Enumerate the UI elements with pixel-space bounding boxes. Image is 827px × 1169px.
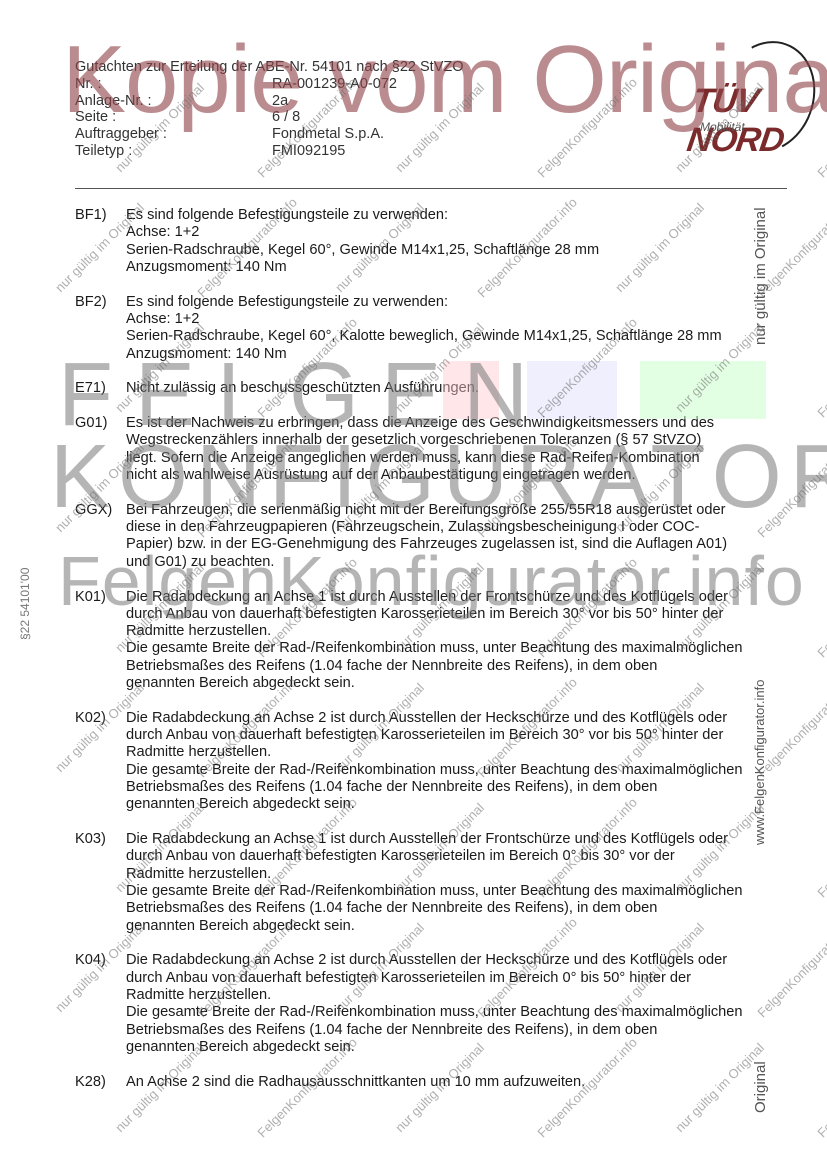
condition-line: diese in den Fahrzeugpapieren (Fahrzeugs…	[126, 519, 790, 536]
condition-text: Es sind folgende Befestigungsteile zu ve…	[126, 207, 790, 276]
diagonal-watermark: FelgenKonfigurator.info	[814, 795, 827, 901]
document-header: Gutachten zur Erteilung der ABE-Nr. 5410…	[75, 59, 464, 160]
header-title: Gutachten zur Erteilung der ABE-Nr. 5410…	[75, 59, 464, 76]
condition-line: nicht als wahlweise Ausrüstung auf der A…	[126, 467, 790, 484]
condition-code: K03)	[75, 831, 126, 935]
condition-code: BF2)	[75, 294, 126, 363]
condition-entry: K03)Die Radabdeckung an Achse 1 ist durc…	[75, 831, 790, 935]
condition-line: Betriebsmaßes des Reifens (1.04 fache de…	[126, 1022, 790, 1039]
condition-line: durch Anbau von dauerhaft befestigten Ka…	[126, 606, 790, 623]
condition-text: Bei Fahrzeugen, die serienmäßig nicht mi…	[126, 502, 790, 571]
condition-entry: K04)Die Radabdeckung an Achse 2 ist durc…	[75, 952, 790, 1056]
condition-line: Die gesamte Breite der Rad-/Reifenkombin…	[126, 762, 790, 779]
condition-line: Radmitte herzustellen.	[126, 987, 790, 1004]
condition-line: Bei Fahrzeugen, die serienmäßig nicht mi…	[126, 502, 790, 519]
condition-line: genannten Bereich abgedeckt sein.	[126, 675, 790, 692]
condition-line: Es ist der Nachweis zu erbringen, dass d…	[126, 415, 790, 432]
condition-line: Betriebsmaßes des Reifens (1.04 fache de…	[126, 900, 790, 917]
condition-text: Die Radabdeckung an Achse 2 ist durch Au…	[126, 952, 790, 1056]
diagonal-watermark: FelgenKonfigurator.info	[814, 1035, 827, 1141]
condition-text: An Achse 2 sind die Radhausausschnittkan…	[126, 1074, 790, 1091]
document-page: Gutachten zur Erteilung der ABE-Nr. 5410…	[0, 0, 827, 1169]
header-field: Seite :6 / 8	[75, 109, 464, 126]
header-divider	[75, 188, 787, 189]
condition-line: Anzugsmoment: 140 Nm	[126, 259, 790, 276]
condition-line: Es sind folgende Befestigungsteile zu ve…	[126, 207, 790, 224]
header-field: Auftraggeber :Fondmetal S.p.A.	[75, 126, 464, 143]
condition-line: Papier) bzw. in der EG-Genehmigung des F…	[126, 536, 790, 553]
condition-line: Die Radabdeckung an Achse 2 ist durch Au…	[126, 710, 790, 727]
condition-text: Es sind folgende Befestigungsteile zu ve…	[126, 294, 790, 363]
condition-line: Serien-Radschraube, Kegel 60°, Gewinde M…	[126, 242, 790, 259]
diagonal-watermark: FelgenKonfigurator.info	[534, 75, 640, 181]
condition-line: Die Radabdeckung an Achse 2 ist durch Au…	[126, 952, 790, 969]
header-field-label: Anlage-Nr. :	[75, 93, 272, 110]
condition-entry: BF2)Es sind folgende Befestigungsteile z…	[75, 294, 790, 363]
condition-code: K04)	[75, 952, 126, 1056]
condition-text: Nicht zulässig an beschussgeschützten Au…	[126, 380, 790, 397]
condition-code: GGX)	[75, 502, 126, 571]
header-field: Teiletyp :FMI092195	[75, 143, 464, 160]
condition-line: Betriebsmaßes des Reifens (1.04 fache de…	[126, 779, 790, 796]
condition-entry: K28)An Achse 2 sind die Radhausausschnit…	[75, 1074, 790, 1091]
condition-line: An Achse 2 sind die Radhausausschnittkan…	[126, 1074, 790, 1091]
condition-line: Die gesamte Breite der Rad-/Reifenkombin…	[126, 883, 790, 900]
condition-line: genannten Bereich abgedeckt sein.	[126, 1039, 790, 1056]
condition-line: und G01) zu beachten.	[126, 554, 790, 571]
condition-line: liegt. Sofern die Anzeige angeglichen we…	[126, 450, 790, 467]
diagonal-watermark: FelgenKonfigurator.info	[814, 555, 827, 661]
header-field-value: Fondmetal S.p.A.	[272, 126, 384, 143]
condition-line: Betriebsmaßes des Reifens (1.04 fache de…	[126, 658, 790, 675]
header-field-label: Auftraggeber :	[75, 126, 272, 143]
condition-line: Die gesamte Breite der Rad-/Reifenkombin…	[126, 1004, 790, 1021]
condition-entry: GGX)Bei Fahrzeugen, die serienmäßig nich…	[75, 502, 790, 571]
condition-line: genannten Bereich abgedeckt sein.	[126, 918, 790, 935]
condition-line: durch Anbau von dauerhaft befestigten Ka…	[126, 970, 790, 987]
condition-line: Wegstreckenzählers innerhalb der gesetzl…	[126, 432, 790, 449]
condition-line: Radmitte herzustellen.	[126, 744, 790, 761]
condition-entry: G01)Es ist der Nachweis zu erbringen, da…	[75, 415, 790, 484]
header-field-value: 6 / 8	[272, 109, 300, 126]
condition-line: genannten Bereich abgedeckt sein.	[126, 796, 790, 813]
condition-code: K01)	[75, 589, 126, 693]
header-field-label: Nr. :	[75, 76, 272, 93]
condition-entry: K02)Die Radabdeckung an Achse 2 ist durc…	[75, 710, 790, 814]
condition-text: Die Radabdeckung an Achse 2 ist durch Au…	[126, 710, 790, 814]
condition-code: K02)	[75, 710, 126, 814]
condition-line: durch Anbau von dauerhaft befestigten Ka…	[126, 727, 790, 744]
header-field: Anlage-Nr. :2a	[75, 93, 464, 110]
diagonal-watermark: FelgenKonfigurator.info	[814, 315, 827, 421]
header-field: Nr. :RA-001239-A0-072	[75, 76, 464, 93]
condition-line: durch Anbau von dauerhaft befestigten Ka…	[126, 848, 790, 865]
condition-line: Es sind folgende Befestigungsteile zu ve…	[126, 294, 790, 311]
condition-code: G01)	[75, 415, 126, 484]
condition-text: Die Radabdeckung an Achse 1 ist durch Au…	[126, 831, 790, 935]
condition-code: BF1)	[75, 207, 126, 276]
condition-line: Achse: 1+2	[126, 311, 790, 328]
condition-line: Die gesamte Breite der Rad-/Reifenkombin…	[126, 640, 790, 657]
conditions-list: BF1)Es sind folgende Befestigungsteile z…	[75, 207, 790, 1108]
condition-text: Es ist der Nachweis zu erbringen, dass d…	[126, 415, 790, 484]
condition-line: Achse: 1+2	[126, 224, 790, 241]
left-margin-reference: §22 54101'00	[18, 568, 32, 640]
condition-line: Anzugsmoment: 140 Nm	[126, 346, 790, 363]
condition-entry: K01)Die Radabdeckung an Achse 1 ist durc…	[75, 589, 790, 693]
condition-code: K28)	[75, 1074, 126, 1091]
condition-entry: E71)Nicht zulässig an beschussgeschützte…	[75, 380, 790, 397]
condition-text: Die Radabdeckung an Achse 1 ist durch Au…	[126, 589, 790, 693]
condition-entry: BF1)Es sind folgende Befestigungsteile z…	[75, 207, 790, 276]
condition-line: Die Radabdeckung an Achse 1 ist durch Au…	[126, 589, 790, 606]
header-field-value: FMI092195	[272, 143, 345, 160]
header-field-label: Seite :	[75, 109, 272, 126]
condition-line: Radmitte herzustellen.	[126, 623, 790, 640]
condition-line: Die Radabdeckung an Achse 1 ist durch Au…	[126, 831, 790, 848]
condition-line: Nicht zulässig an beschussgeschützten Au…	[126, 380, 790, 397]
condition-line: Radmitte herzustellen.	[126, 866, 790, 883]
logo-subtitle: Mobilität	[700, 120, 745, 134]
header-field-value: 2a	[272, 93, 288, 110]
condition-code: E71)	[75, 380, 126, 397]
condition-line: Serien-Radschraube, Kegel 60°, Kalotte b…	[126, 328, 790, 345]
header-field-value: RA-001239-A0-072	[272, 76, 397, 93]
header-field-label: Teiletyp :	[75, 143, 272, 160]
